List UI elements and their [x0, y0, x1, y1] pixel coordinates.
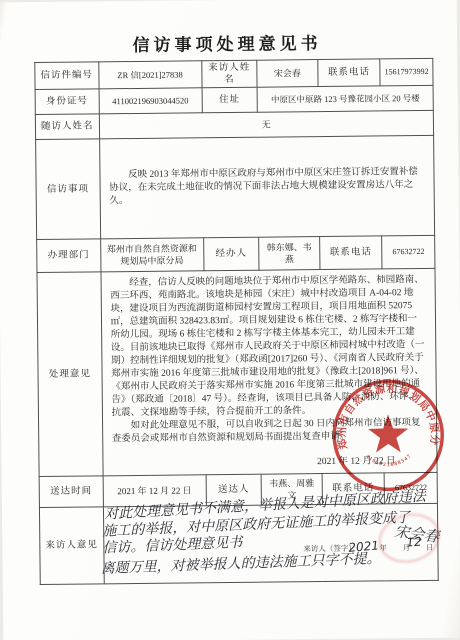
document-title: 信访事项处理意见书 [0, 28, 457, 58]
value-phone-1: 15617973992 [380, 58, 433, 86]
value-deliverer: 韦燕、周雅文 [261, 474, 322, 506]
value-visitor-name: 宋会春 [257, 60, 318, 88]
value-companion: 无 [99, 110, 434, 139]
row-visitor-opinion: 来访人意见 来访人（签字）： 年 月 日 [39, 503, 438, 584]
label-petition-number: 信访件编号 [35, 62, 99, 90]
opinion-paragraph-2: 如对此处理意见不服，可以自收到之日起 30 日内向郑州市信访事项复查委员会或郑州… [112, 417, 428, 446]
value-visitor-opinion: 来访人（签字）： 年 月 日 [103, 503, 438, 583]
row-department: 办理部门 郑州市自然自然资源和规划局中原分局 经办人 韩东娜、韦燕 联系电话 6… [37, 235, 435, 272]
label-visitor-opinion: 来访人意见 [39, 507, 103, 585]
label-companion: 随访人姓名 [35, 114, 99, 140]
label-deliverer: 送达人 [206, 474, 262, 506]
label-department: 办理部门 [37, 239, 101, 273]
row-handling-opinion: 处理意见 经查，信访人反映的问题地块位于郑州市中原区学苑路东、柿园路南、西三环西… [37, 268, 437, 476]
label-handling-opinion: 处理意见 [37, 272, 103, 477]
label-delivery-time: 送达时间 [39, 476, 103, 508]
label-address: 住址 [202, 87, 258, 113]
petition-table: 信访件编号 ZR 信[2021]27838 来访人姓名 宋会春 联系电话 156… [34, 58, 438, 585]
label-visitor-name: 来访人姓名 [201, 60, 257, 88]
value-handler: 韩东娜、韦燕 [259, 237, 320, 271]
value-petition-number: ZR 信[2021]27838 [98, 61, 201, 89]
row-petition-matter: 信访事项 反映 2013 年郑州市中原区政府与郑州市中原区宋庄签订拆迁安置补偿协… [36, 135, 435, 239]
row-delivery: 送达时间 2021 年 12 月 22 日 送达人 韦燕、周雅文 联系电话 67… [39, 472, 437, 507]
opinion-paragraph-1: 经查，信访人反映的问题地块位于郑州市中原区学苑路东、柿园路南、西三环西、苑南路北… [110, 274, 427, 420]
label-phone-3: 联系电话 [322, 473, 385, 505]
value-department: 郑州市自然自然资源和规划局中原分局 [100, 238, 203, 272]
signature-month-label: 月 [403, 543, 411, 552]
value-handling-opinion: 经查，信访人反映的问题地块位于郑州市中原区学苑路东、柿园路南、西三环西、苑南路北… [101, 268, 437, 475]
label-handler: 经办人 [203, 237, 259, 271]
signature-label: 来访人（签字）： [303, 544, 359, 554]
opinion-date: 2021 年 12 月 22 日 [112, 455, 427, 470]
value-phone-2: 67632722 [382, 235, 435, 269]
row-petition-number: 信访件编号 ZR 信[2021]27838 来访人姓名 宋会春 联系电话 156… [35, 58, 433, 89]
signature-year-label: 年 [379, 543, 387, 552]
document-sheet: 信访事项处理意见书 信访件编号 ZR 信[2021]27838 来访人姓名 宋会… [0, 0, 460, 640]
value-phone-3: 67632722 [385, 472, 438, 504]
label-petition-matter: 信访事项 [36, 139, 101, 240]
signature-day-label: 日 [426, 543, 434, 552]
label-id-number: 身份证号 [35, 89, 99, 115]
label-phone-1: 联系电话 [318, 59, 381, 87]
value-id-number: 411002196903044520 [99, 88, 202, 114]
value-petition-matter: 反映 2013 年郑州市中原区政府与郑州市中原区宋庄签订拆迁安置补偿协议，在未完… [99, 135, 434, 238]
signature-line: 来访人（签字）： 年 月 日 [303, 542, 433, 555]
label-phone-2: 联系电话 [319, 236, 382, 270]
value-address: 中原区中原路 123 号豫花园小区 20 号楼 [257, 85, 433, 112]
value-delivery-time: 2021 年 12 月 22 日 [103, 475, 206, 507]
petition-matter-text: 反映 2013 年郑州市中原区政府与郑州市中原区宋庄签订拆迁安置补偿协议，在未完… [109, 166, 425, 208]
